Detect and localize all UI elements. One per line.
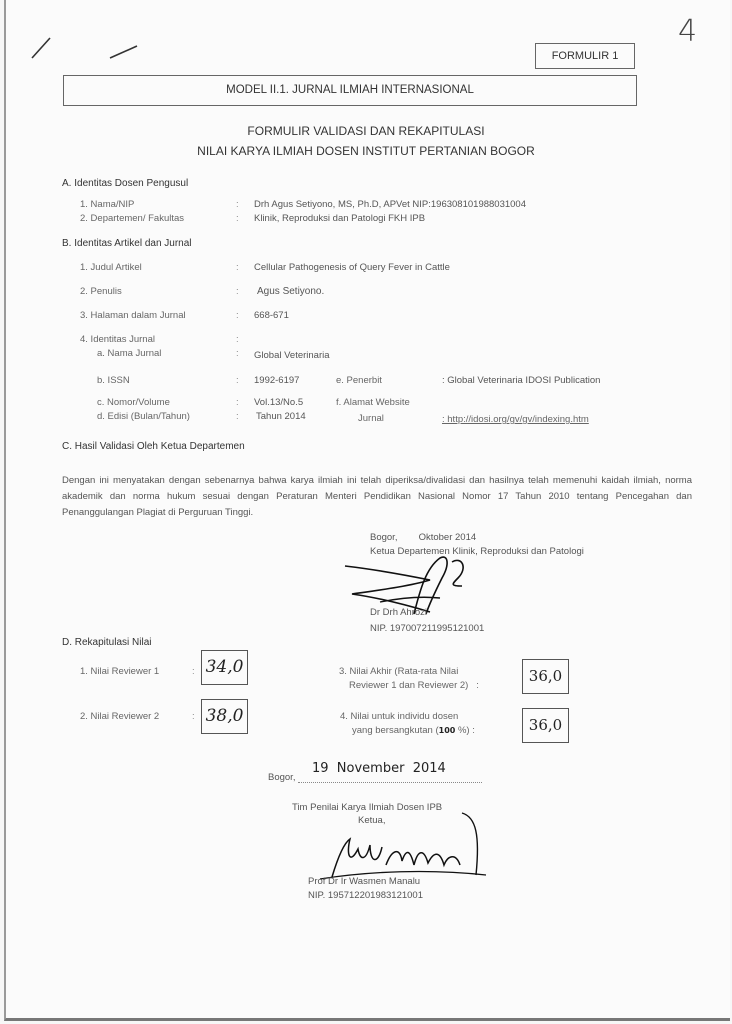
reviewer1-score: 34,0 xyxy=(202,651,247,684)
colon: : xyxy=(236,213,239,224)
formulir-label: FORMULIR 1 xyxy=(536,44,634,68)
nilai-individu-suffix: %) : xyxy=(455,725,475,736)
nama-jurnal-value: Global Veterinaria xyxy=(254,350,330,361)
halaman-label: 3. Halaman dalam Jurnal xyxy=(80,310,186,321)
closing-place: Bogor, xyxy=(268,772,295,783)
nilai-individu-score: 36,0 xyxy=(523,709,568,742)
edisi-label: d. Edisi (Bulan/Tahun) xyxy=(97,411,190,422)
nilai-individu-prefix: yang bersangkutan ( xyxy=(352,725,439,736)
colon: : xyxy=(236,411,239,422)
reviewer1-label: 1. Nilai Reviewer 1 xyxy=(80,666,159,677)
judul-label: 1. Judul Artikel xyxy=(80,262,142,273)
penulis-value: Agus Setiyono. xyxy=(257,286,324,297)
pen-marks-top-left xyxy=(0,0,160,70)
reviewer2-score: 38,0 xyxy=(202,700,247,733)
nilai-akhir-label-2: Reviewer 1 dan Reviewer 2) : xyxy=(349,680,479,691)
closing-date-handwritten: 19 November 2014 xyxy=(312,761,446,776)
judul-value: Cellular Pathogenesis of Query Fever in … xyxy=(254,262,450,273)
validation-signer-nip: NIP. 197007211995121001 xyxy=(370,623,484,634)
validation-statement: Dengan ini menyatakan dengan sebenarnya … xyxy=(62,473,692,521)
colon: : xyxy=(236,310,239,321)
form-title-line1: FORMULIR VALIDASI DAN REKAPITULASI xyxy=(0,124,732,138)
validation-signer-name: Dr Drh Ahrozi xyxy=(370,607,427,618)
nilai-individu-label-2: yang bersangkutan (100 %) : xyxy=(352,725,475,736)
page-number-handwritten: 4 xyxy=(678,14,697,49)
signature-ketua-tim xyxy=(310,805,500,885)
model-label-box: MODEL II.1. JURNAL ILMIAH INTERNASIONAL xyxy=(63,75,637,106)
section-d-heading: D. Rekapitulasi Nilai xyxy=(62,637,151,648)
penerbit-label: e. Penerbit xyxy=(336,375,382,386)
section-c-heading: C. Hasil Validasi Oleh Ketua Departemen xyxy=(62,441,245,452)
nilai-individu-score-box: 36,0 xyxy=(522,708,569,743)
section-b-heading: B. Identitas Artikel dan Jurnal xyxy=(62,238,192,249)
colon: : xyxy=(236,375,239,386)
team-signer-nip: NIP. 195712201983121001 xyxy=(308,890,423,901)
alamat-website-label-2: Jurnal xyxy=(358,413,384,424)
nomor-volume-value: Vol.13/No.5 xyxy=(254,397,303,408)
reviewer1-score-box: 34,0 xyxy=(201,650,248,685)
formulir-label-box: FORMULIR 1 xyxy=(535,43,635,69)
identitas-jurnal-label: 4. Identitas Jurnal xyxy=(80,334,155,345)
penulis-label: 2. Penulis xyxy=(80,286,122,297)
reviewer2-label: 2. Nilai Reviewer 2 xyxy=(80,711,159,722)
validation-place-date: Bogor, Oktober 2014 xyxy=(370,532,476,543)
halaman-value: 668-671 xyxy=(254,310,289,321)
colon: : xyxy=(236,199,239,210)
colon: : xyxy=(236,334,239,345)
nilai-individu-percent: 100 xyxy=(439,726,456,735)
section-a-heading: A. Identitas Dosen Pengusul xyxy=(62,178,188,189)
colon: : xyxy=(192,711,195,722)
nomor-volume-label: c. Nomor/Volume xyxy=(97,397,170,408)
alamat-website-label: f. Alamat Website xyxy=(336,397,410,408)
nilai-akhir-label: 3. Nilai Akhir (Rata-rata Nilai xyxy=(339,666,458,677)
nilai-akhir-score-box: 36,0 xyxy=(522,659,569,694)
nama-nip-label: 1. Nama/NIP xyxy=(80,199,134,210)
nilai-individu-label: 4. Nilai untuk individu dosen xyxy=(340,711,458,722)
colon: : xyxy=(192,666,195,677)
issn-value: 1992-6197 xyxy=(254,375,299,386)
colon: : xyxy=(236,286,239,297)
departemen-label: 2. Departemen/ Fakultas xyxy=(80,213,184,224)
departemen-value: Klinik, Reproduksi dan Patologi FKH IPB xyxy=(254,213,425,224)
model-label: MODEL II.1. JURNAL ILMIAH INTERNASIONAL xyxy=(64,76,636,105)
edisi-value: Tahun 2014 xyxy=(256,411,306,422)
form-title-line2: NILAI KARYA ILMIAH DOSEN INSTITUT PERTAN… xyxy=(0,144,732,158)
issn-label: b. ISSN xyxy=(97,375,130,386)
nilai-akhir-score: 36,0 xyxy=(523,660,568,693)
team-signer-name: Prof Dr Ir Wasmen Manalu xyxy=(308,876,420,887)
penerbit-value: : Global Veterinaria IDOSI Publication xyxy=(442,375,600,386)
nama-jurnal-label: a. Nama Jurnal xyxy=(97,348,161,359)
colon: : xyxy=(236,262,239,273)
website-link[interactable]: : http://idosi.org/gv/gv/indexing.htm xyxy=(442,414,589,425)
reviewer2-score-box: 38,0 xyxy=(201,699,248,734)
nama-nip-value: Drh Agus Setiyono, MS, Ph.D, APVet NIP:1… xyxy=(254,199,526,210)
colon: : xyxy=(236,348,239,359)
colon: : xyxy=(236,397,239,408)
